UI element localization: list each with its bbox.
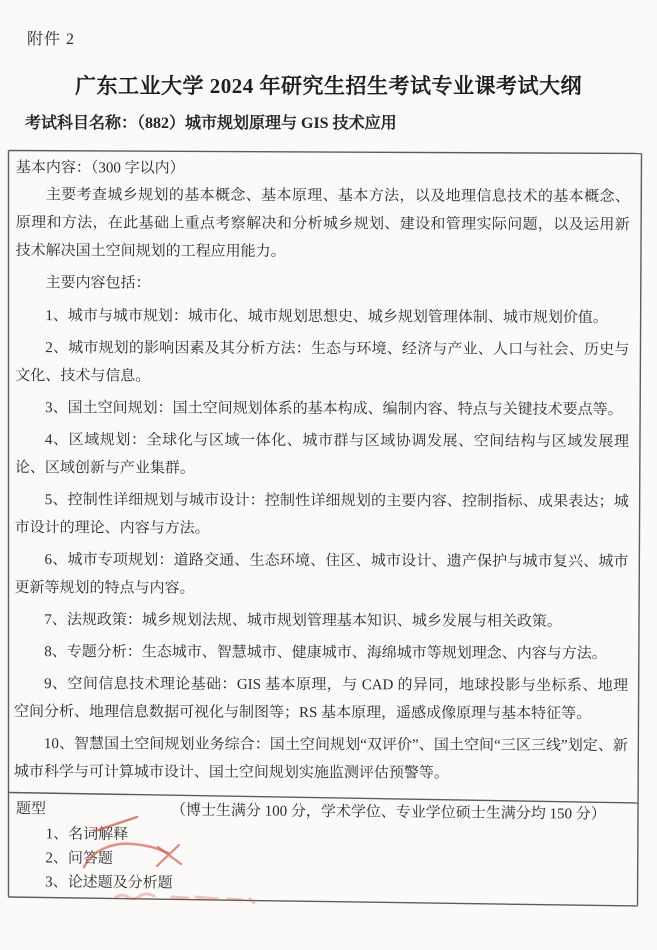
question-type-item: 3、论述题及分析题 <box>45 870 629 900</box>
content-item: 3、国土空间规划：国土空间规划体系的基本构成、编制内容、特点与关键技术要点等。 <box>15 394 629 424</box>
content-item: 5、控制性详细规划与城市设计：控制性详细规划的主要内容、控制指标、成果表达；城市… <box>15 486 629 544</box>
content-item: 10、智慧国土空间规划业务综合：国土空间规划“双评价”、国土空间“三区三线”划定… <box>14 730 628 788</box>
basic-content-cell: 基本内容：（300 字以内） 主要考查城乡规划的基本概念、基本原理、基本方法，以… <box>7 152 639 794</box>
question-type-label: 题型 <box>16 797 171 823</box>
content-item: 6、城市专项规划：道路交通、生态环境、住区、城市设计、遗产保护与城市复兴、城市更… <box>14 546 628 604</box>
score-note: （博士生满分 100 分，学术学位、专业学位硕士生满分均 150 分） <box>171 799 630 828</box>
content-item: 2、城市规划的影响因素及其分析方法：生态与环境、经济与产业、人口与社会、历史与文… <box>15 334 629 392</box>
content-item: 4、区域规划：全球化与区域一体化、城市群与区域协调发展、空间结构与区域发展理论、… <box>15 426 629 484</box>
page-title: 广东工业大学 2024 年研究生招生考试专业课考试大纲 <box>0 70 657 100</box>
intro-paragraph: 主要考查城乡规划的基本概念、基本原理、基本方法，以及地理信息技术的基本概念、原理… <box>16 181 630 267</box>
content-item: 1、城市与城市规划：城市化、城市规划思想史、城乡规划管理体制、城市规划价值。 <box>15 302 629 332</box>
basic-content-header: 基本内容：（300 字以内） <box>16 155 630 183</box>
content-item: 9、空间信息技术理论基础：GIS 基本原理，与 CAD 的异同，地球投影与坐标系… <box>14 670 628 728</box>
attachment-label: 附件 2 <box>27 26 75 49</box>
subject-name-line: 考试科目名称：（882）城市规划原理与 GIS 技术应用 <box>25 110 635 133</box>
question-type-cell: 题型 （博士生满分 100 分，学术学位、专业学位硕士生满分均 150 分） 1… <box>8 795 639 906</box>
lead-in-paragraph: 主要内容包括： <box>15 269 629 299</box>
scanned-document-page: 附件 2 广东工业大学 2024 年研究生招生考试专业课考试大纲 考试科目名称：… <box>0 0 657 950</box>
content-item: 7、法规政策：城乡规划法规、城市规划管理基本知识、城乡发展与相关政策。 <box>14 606 628 636</box>
content-item: 8、专题分析：生态城市、智慧城市、健康城市、海绵城市等规划理念、内容与方法。 <box>14 638 628 668</box>
question-type-list: 1、名词解释 2、问答题 3、论述题及分析题 <box>15 822 630 900</box>
